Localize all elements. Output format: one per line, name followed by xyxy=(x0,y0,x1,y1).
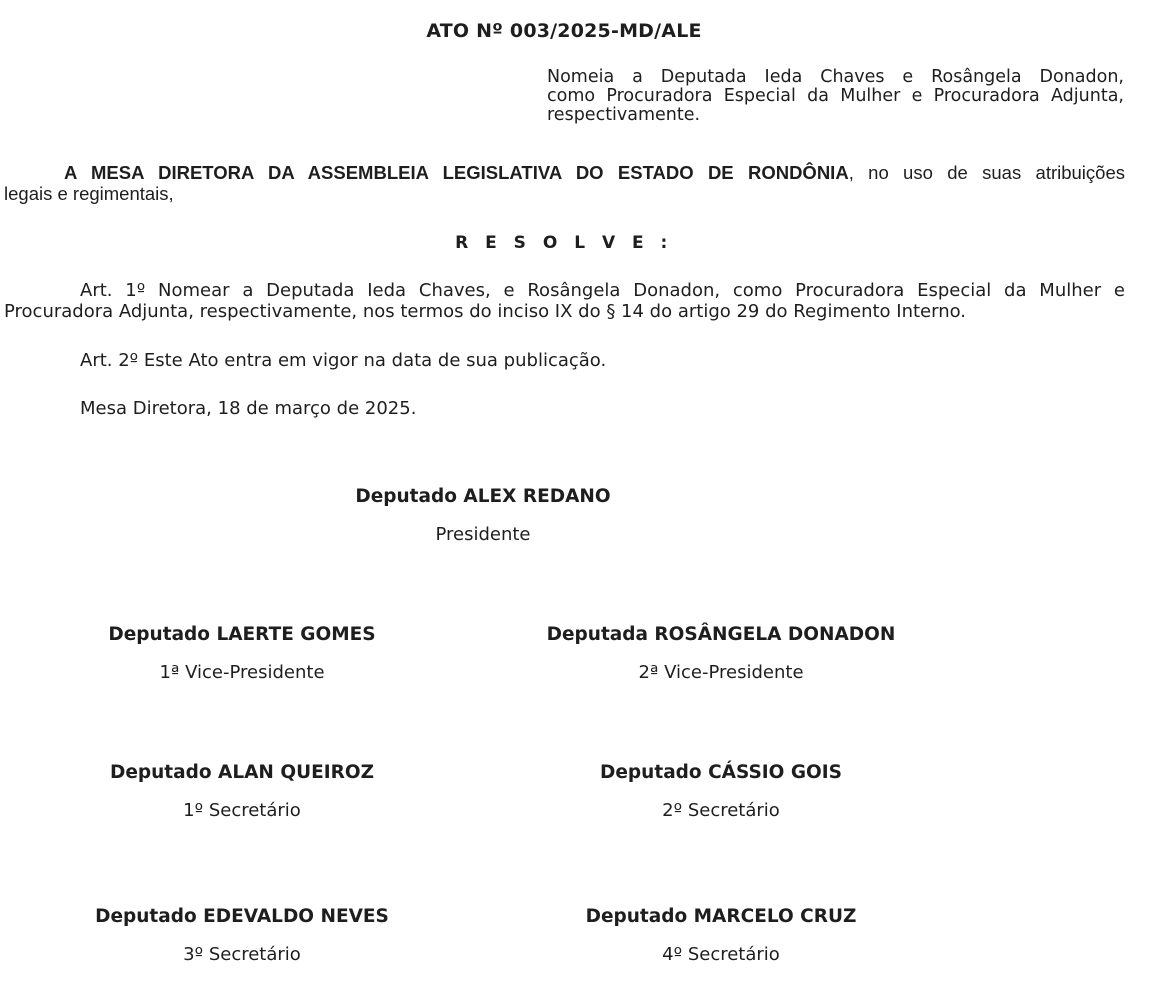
signature-role: 2ª Vice-Presidente xyxy=(471,662,971,683)
article-1-line: Art. 1º Nomear a Deputada Ieda Chaves, e… xyxy=(4,280,1125,301)
resolve-heading: R E S O L V E : xyxy=(0,233,1128,253)
ementa-line: como Procuradora Especial da Mulher e Pr… xyxy=(547,87,1124,106)
signature-1st-secretary: Deputado ALAN QUEIROZ 1º Secretário xyxy=(0,762,492,821)
signature-role: 1ª Vice-Presidente xyxy=(0,662,492,683)
preamble: A MESA DIRETORA DA ASSEMBLEIA LEGISLATIV… xyxy=(4,162,1125,204)
signature-role: 4º Secretário xyxy=(471,944,971,965)
signature-role: 1º Secretário xyxy=(0,800,492,821)
signature-name: Deputado EDEVALDO NEVES xyxy=(0,906,492,927)
article-1-line: Procuradora Adjunta, respectivamente, no… xyxy=(4,301,1125,322)
signature-2nd-vice-president: Deputada ROSÂNGELA DONADON 2ª Vice-Presi… xyxy=(471,624,971,683)
signature-name: Deputado CÁSSIO GOIS xyxy=(471,762,971,783)
signature-role: 3º Secretário xyxy=(0,944,492,965)
preamble-line: legais e regimentais, xyxy=(4,183,1125,204)
ementa-line: respectivamente. xyxy=(547,106,1124,125)
preamble-text: , no uso de suas atribuições xyxy=(849,162,1125,183)
document-title: ATO Nº 003/2025-MD/ALE xyxy=(0,20,1128,42)
article-2: Art. 2º Este Ato entra em vigor na data … xyxy=(80,350,606,371)
signature-name: Deputado MARCELO CRUZ xyxy=(471,906,971,927)
signature-4th-secretary: Deputado MARCELO CRUZ 4º Secretário xyxy=(471,906,971,965)
signature-name: Deputada ROSÂNGELA DONADON xyxy=(471,624,971,645)
ementa: Nomeia a Deputada Ieda Chaves e Rosângel… xyxy=(547,68,1124,125)
signature-3rd-secretary: Deputado EDEVALDO NEVES 3º Secretário xyxy=(0,906,492,965)
signature-role: Presidente xyxy=(233,524,733,545)
article-1: Art. 1º Nomear a Deputada Ieda Chaves, e… xyxy=(4,280,1125,322)
signature-2nd-secretary: Deputado CÁSSIO GOIS 2º Secretário xyxy=(471,762,971,821)
signature-name: Deputado ALEX REDANO xyxy=(233,486,733,507)
preamble-line: A MESA DIRETORA DA ASSEMBLEIA LEGISLATIV… xyxy=(4,162,1125,183)
signature-role: 2º Secretário xyxy=(471,800,971,821)
signature-president: Deputado ALEX REDANO Presidente xyxy=(233,486,733,545)
closing-date: Mesa Diretora, 18 de março de 2025. xyxy=(80,398,416,419)
signature-1st-vice-president: Deputado LAERTE GOMES 1ª Vice-Presidente xyxy=(0,624,492,683)
preamble-authority: A MESA DIRETORA DA ASSEMBLEIA LEGISLATIV… xyxy=(64,162,849,183)
signature-name: Deputado ALAN QUEIROZ xyxy=(0,762,492,783)
signature-name: Deputado LAERTE GOMES xyxy=(0,624,492,645)
ementa-line: Nomeia a Deputada Ieda Chaves e Rosângel… xyxy=(547,68,1124,87)
